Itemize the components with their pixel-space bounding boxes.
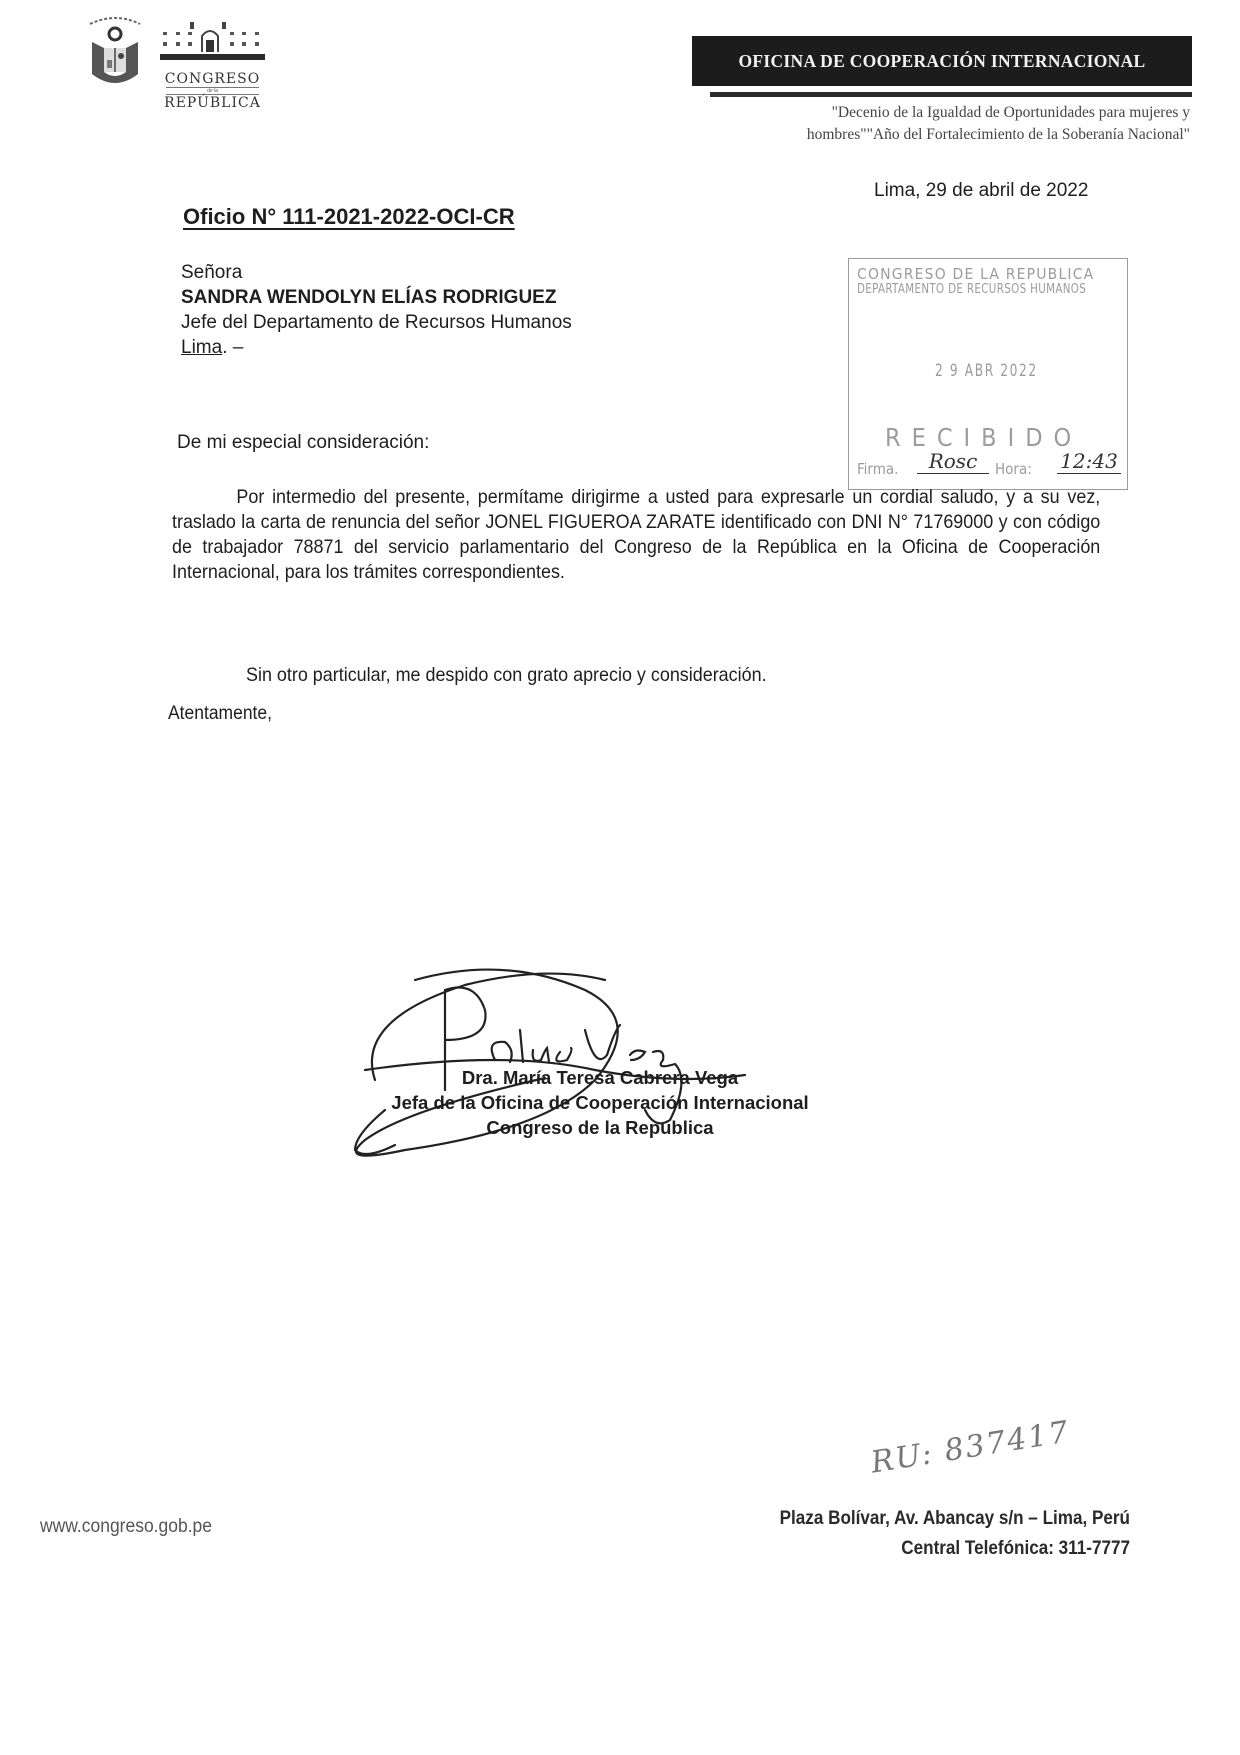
sign-off: Atentamente,: [168, 703, 272, 725]
signer-name: Dra. María Teresa Cabrera Vega: [340, 1065, 860, 1090]
stamp-firma-label: Firma.: [857, 460, 898, 478]
stamp-hora-value: 12:43: [1057, 449, 1121, 474]
handwritten-note: RU: 837417: [868, 1414, 1072, 1480]
recipient-city: Lima: [181, 337, 222, 358]
signer-position: Jefa de la Oficina de Cooperación Intern…: [340, 1090, 860, 1115]
stamp-date: 2 9 ABR 2022: [935, 361, 1038, 381]
recipient-position: Jefe del Departamento de Recursos Humano…: [181, 310, 572, 335]
stamp-status: RECIBIDO: [885, 423, 1082, 452]
congress-building-icon: [160, 20, 265, 62]
footer-address-block: Plaza Bolívar, Av. Abancay s/n – Lima, P…: [689, 1504, 1130, 1564]
recipient-name: SANDRA WENDOLYN ELÍAS RODRIGUEZ: [181, 285, 572, 310]
signer-institution: Congreso de la República: [340, 1115, 860, 1140]
office-banner: OFICINA DE COOPERACIÓN INTERNACIONAL: [692, 36, 1192, 86]
greeting: De mi especial consideración:: [177, 432, 429, 454]
logo-word-congreso: CONGRESO: [160, 71, 265, 87]
banner-divider: [710, 92, 1192, 97]
salutation-title: Señora: [181, 260, 572, 285]
letter-reference: Oficio N° 111-2021-2022-OCI-CR: [183, 204, 515, 230]
letter-body-text: Por intermedio del presente, permítame d…: [172, 486, 1100, 583]
recipient-city-suffix: . –: [222, 337, 243, 358]
footer-phone: Central Telefónica: 311-7777: [689, 1534, 1130, 1564]
stamp-department: DEPARTAMENTO DE RECURSOS HUMANOS: [857, 281, 1121, 297]
motto-line-1: "Decenio de la Igualdad de Oportunidades…: [640, 102, 1190, 124]
motto-line-2: hombres""Año del Fortalecimiento de la S…: [640, 124, 1190, 146]
footer-address: Plaza Bolívar, Av. Abancay s/n – Lima, P…: [689, 1504, 1130, 1534]
recipient-city-line: Lima. –: [181, 335, 572, 360]
official-motto: "Decenio de la Igualdad de Oportunidades…: [640, 102, 1190, 146]
closing-line: Sin otro particular, me despido con grat…: [246, 664, 767, 687]
received-stamp: CONGRESO DE LA REPUBLICA DEPARTAMENTO DE…: [848, 258, 1128, 490]
letter-date: Lima, 29 de abril de 2022: [874, 180, 1088, 202]
logo-word-de-la: de la: [166, 87, 259, 95]
congress-logo: CONGRESO de la REPÚBLICA: [160, 20, 265, 106]
stamp-firma-value: Rosc: [917, 449, 989, 474]
signer-block: Dra. María Teresa Cabrera Vega Jefa de l…: [340, 1065, 860, 1140]
addressee-block: Señora SANDRA WENDOLYN ELÍAS RODRIGUEZ J…: [181, 260, 572, 360]
logo-word-republica: REPÚBLICA: [160, 95, 265, 111]
peru-coat-of-arms-icon: [82, 14, 148, 90]
footer-website[interactable]: www.congreso.gob.pe: [40, 1516, 212, 1538]
letter-body: Por intermedio del presente, permítame d…: [172, 485, 1100, 585]
stamp-hora-label: Hora:: [995, 460, 1032, 478]
